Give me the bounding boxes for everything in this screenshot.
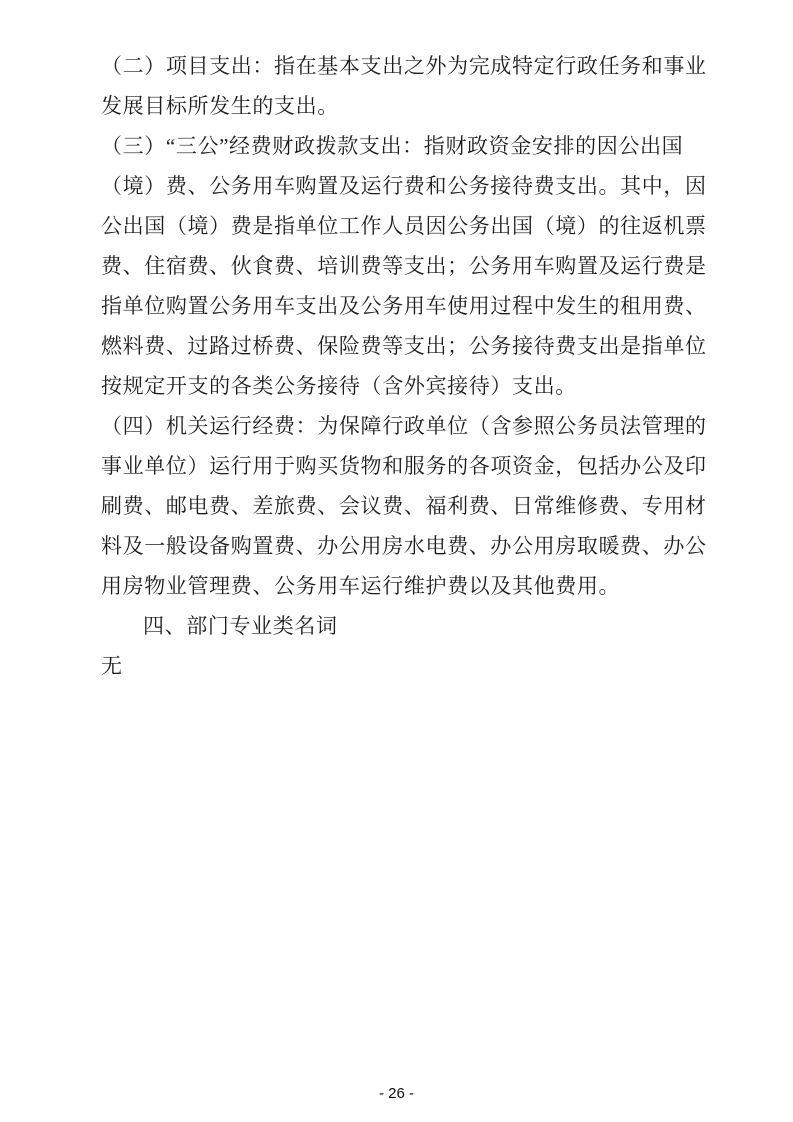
text-line: 指单位购置公务用车支出及公务用车使用过程中发生的租用费、 xyxy=(101,286,693,326)
text-line: 四、部门专业类名词 xyxy=(101,606,693,646)
text-line: 刷费、邮电费、差旅费、会议费、福利费、日常维修费、专用材 xyxy=(101,486,693,526)
text-line: （二）项目支出：指在基本支出之外为完成特定行政任务和事业 xyxy=(101,46,693,86)
text-line: 费、住宿费、伙食费、培训费等支出；公务用车购置及运行费是 xyxy=(101,246,693,286)
paragraph-project-expenditure: （二）项目支出：指在基本支出之外为完成特定行政任务和事业发展目标所发生的支出。 xyxy=(101,46,693,126)
text-line: 无 xyxy=(101,646,693,686)
text-line: （境）费、公务用车购置及运行费和公务接待费支出。其中，因 xyxy=(101,166,693,206)
text-line: 按规定开支的各类公务接待（含外宾接待）支出。 xyxy=(101,366,693,406)
text-line: 发展目标所发生的支出。 xyxy=(101,86,693,126)
text-line: （四）机关运行经费：为保障行政单位（含参照公务员法管理的 xyxy=(101,406,693,446)
text-line: 公出国（境）费是指单位工作人员因公务出国（境）的往返机票 xyxy=(101,206,693,246)
text-line: 用房物业管理费、公务用车运行维护费以及其他费用。 xyxy=(101,566,693,606)
document-body-text: （二）项目支出：指在基本支出之外为完成特定行政任务和事业发展目标所发生的支出。 … xyxy=(101,46,693,686)
paragraph-three-public-funds: （三）“三公”经费财政拨款支出：指财政资金安排的因公出国（境）费、公务用车购置及… xyxy=(101,126,693,406)
text-line: 燃料费、过路过桥费、保险费等支出；公务接待费支出是指单位 xyxy=(101,326,693,366)
paragraph-agency-operating-funds: （四）机关运行经费：为保障行政单位（含参照公务员法管理的事业单位）运行用于购买货… xyxy=(101,406,693,606)
text-line: 事业单位）运行用于购买货物和服务的各项资金，包括办公及印 xyxy=(101,446,693,486)
text-line: （三）“三公”经费财政拨款支出：指财政资金安排的因公出国 xyxy=(101,126,693,166)
text-line: 料及一般设备购置费、办公用房水电费、办公用房取暖费、办公 xyxy=(101,526,693,566)
section-heading-department-terms: 四、部门专业类名词 xyxy=(101,606,693,646)
page-number: - 26 - xyxy=(0,1084,793,1104)
document-page: （二）项目支出：指在基本支出之外为完成特定行政任务和事业发展目标所发生的支出。 … xyxy=(0,0,793,1122)
paragraph-none: 无 xyxy=(101,646,693,686)
